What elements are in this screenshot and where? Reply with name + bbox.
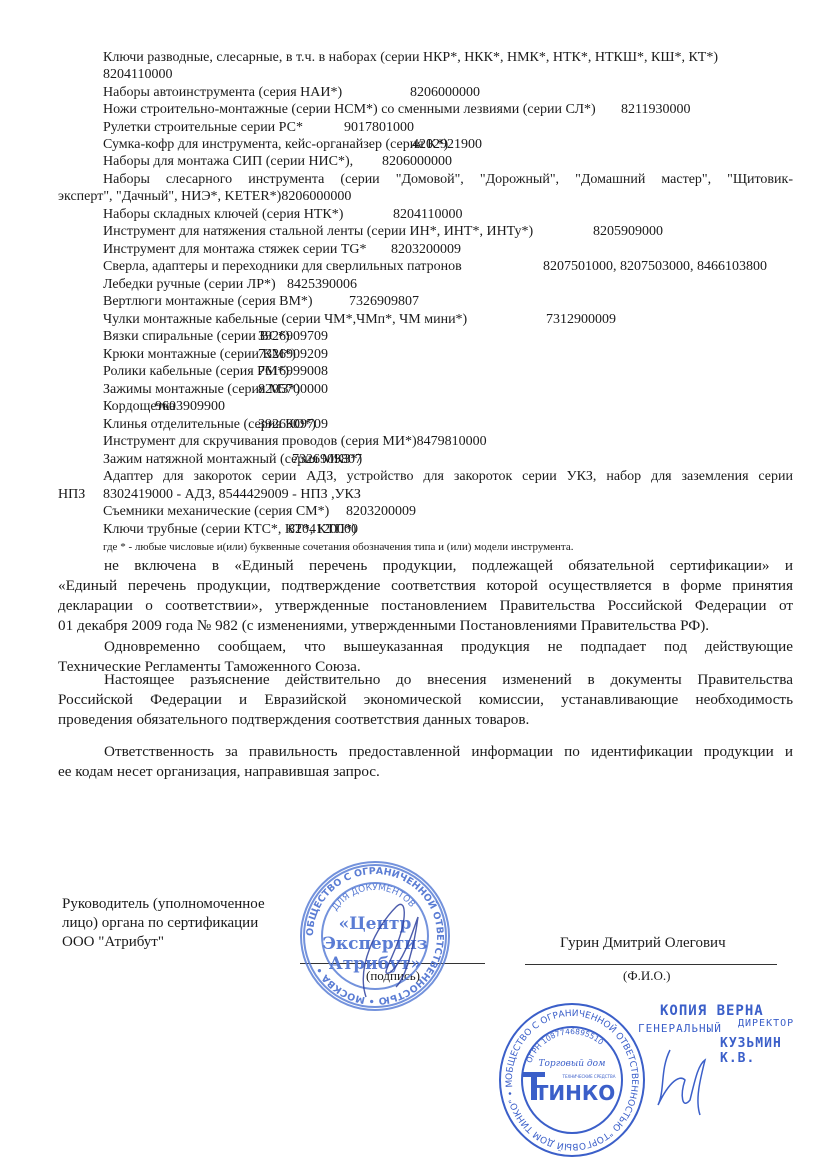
paragraph-validity-line-1: Настоящее разъяснение действительно до в… xyxy=(58,670,793,690)
paragraph-exemption-line-1: не включена в «Единый перечень продукции… xyxy=(58,556,793,576)
product-24-name: Съемники механические (серия СМ*) xyxy=(103,503,329,521)
product-2-code: 8206000000 xyxy=(410,84,480,102)
stamp-tinko-icon: ОБЩЕСТВО С ОГРАНИЧЕННОЙ ОТВЕТСТВЕННОСТЬЮ… xyxy=(497,1000,647,1160)
signatory-role: Руководитель (уполномоченное лицо) орган… xyxy=(62,895,265,952)
paragraph-exemption-line-2: «Единый перечень продукции, подтверждени… xyxy=(58,576,793,596)
product-13-name: Вертлюги монтажные (серия ВМ*) xyxy=(103,293,313,311)
paragraph-responsibility-line-1: Ответственность за правильность предоста… xyxy=(58,742,793,762)
product-10-name: Инструмент для монтажа стяжек серии TG* xyxy=(103,241,367,259)
product-21-name: Инструмент для скручивания проводов (сер… xyxy=(103,433,487,451)
product-1-code: 8204110000 xyxy=(103,66,172,84)
product-4-code: 9017801000 xyxy=(344,119,414,137)
product-3-name: Ножи строительно-монтажные (серии НСМ*) … xyxy=(103,101,596,119)
signatory-name: Гурин Дмитрий Олегович xyxy=(560,934,726,953)
copy-certified-name: КУЗЬМИН К.В. xyxy=(720,1036,823,1066)
product-23-name-line1: Адаптер для закороток серии АДЗ, устройс… xyxy=(103,468,793,486)
product-7-name-line1: Наборы слесарного инструмента (серии "До… xyxy=(103,171,793,189)
signatory-role-line-3: ООО "Атрибут" xyxy=(62,933,265,952)
paragraph-responsibility: Ответственность за правильность предоста… xyxy=(58,742,793,782)
paragraph-validity-line-2: Российской Федерации и Евразийской эконо… xyxy=(58,690,793,710)
product-2-name: Наборы автоинструмента (серия НАИ*) xyxy=(103,84,342,102)
product-18-code: 8205700000 xyxy=(258,381,328,399)
product-24-code: 8203200009 xyxy=(346,503,416,521)
svg-text:ТЕХНИЧЕСКИЕ СРЕДСТВА: ТЕХНИЧЕСКИЕ СРЕДСТВА xyxy=(562,1074,616,1079)
document-page: Ключи разводные, слесарные, в т.ч. в наб… xyxy=(0,0,823,1165)
product-23-code: 8302419000 - АДЗ, 8544429009 - НПЗ ,УКЗ xyxy=(103,486,361,504)
product-8-name: Наборы складных ключей (серия НТК*) xyxy=(103,206,343,224)
product-1-name: Ключи разводные, слесарные, в т.ч. в наб… xyxy=(103,49,718,67)
signatory-role-line-1: Руководитель (уполномоченное xyxy=(62,895,265,914)
product-21-code: 8479810000 xyxy=(417,434,487,449)
product-7-code: 8206000000 xyxy=(281,189,351,204)
product-4-name: Рулетки строительные серии РС* xyxy=(103,119,303,137)
product-11-name: Сверла, адаптеры и переходники для сверл… xyxy=(103,258,462,276)
product-14-name: Чулки монтажные кабельные (серии ЧМ*,ЧМп… xyxy=(103,311,467,329)
product-21-name-text: Инструмент для скручивания проводов (сер… xyxy=(103,434,417,449)
product-14-code: 7312900009 xyxy=(546,311,616,329)
signatory-role-line-2: лицо) органа по сертификации xyxy=(62,914,265,933)
svg-text:Торговый дом: Торговый дом xyxy=(539,1059,606,1069)
paragraph-tech-regulations-line-1: Одновременно сообщаем, что вышеуказанная… xyxy=(58,637,793,657)
paragraph-validity-line-3: проведения обязательного подтверждения с… xyxy=(58,710,793,730)
copy-certified-label: КОПИЯ ВЕРНА xyxy=(660,1003,764,1019)
svg-text:ТИНКО: ТИНКО xyxy=(535,1081,615,1105)
paragraph-exemption: не включена в «Единый перечень продукции… xyxy=(58,556,793,636)
product-25-code: 8204120000 xyxy=(288,521,358,539)
product-5-name: Сумка-кофр для инструмента, кейс-органай… xyxy=(103,136,448,154)
product-15-code: 3926909709 xyxy=(258,328,328,346)
product-7-name-line2: эксперт", "Дачный", НИЭ*, KETER*)8206000… xyxy=(58,188,351,206)
product-6-name: Наборы для монтажа СИП (серии НИС*), xyxy=(103,153,353,171)
product-7-name-line2-text: эксперт", "Дачный", НИЭ*, KETER*) xyxy=(58,189,281,204)
footnote: где * - любые числовые и(или) буквенные … xyxy=(103,540,573,554)
paragraph-exemption-line-3: декларации о соответствии», утвержденные… xyxy=(58,596,793,616)
product-12-name: Лебедки ручные (серии ЛР*) xyxy=(103,276,276,294)
copy-certified-title-right: ДИРЕКТОР xyxy=(738,1018,794,1029)
paragraph-exemption-line-4: 01 декабря 2009 года № 982 (с изменениям… xyxy=(58,616,793,636)
product-19-code: 9603909900 xyxy=(155,398,225,416)
signature-kuzmin-icon xyxy=(650,1040,720,1120)
product-13-code: 7326909807 xyxy=(349,293,419,311)
product-6-code: 8206000000 xyxy=(382,153,452,171)
name-line xyxy=(525,964,777,965)
product-8-code: 8204110000 xyxy=(393,206,462,224)
paragraph-validity: Настоящее разъяснение действительно до в… xyxy=(58,670,793,730)
svg-text:«Центр: «Центр xyxy=(339,914,412,934)
product-3-code: 8211930000 xyxy=(621,101,690,119)
product-23-prefix: НПЗ xyxy=(58,486,85,504)
copy-certified-title-left: ГЕНЕРАЛЬНЫЙ xyxy=(638,1022,722,1035)
product-22-code: 7326909807 xyxy=(292,451,362,469)
product-9-name: Инструмент для натяжения стальной ленты … xyxy=(103,223,533,241)
product-9-code: 8205909000 xyxy=(593,223,663,241)
product-12-code: 8425390006 xyxy=(287,276,357,294)
product-10-code: 8203200009 xyxy=(391,241,461,259)
name-caption: (Ф.И.О.) xyxy=(623,966,670,985)
product-20-code: 3926909709 xyxy=(258,416,328,434)
stamp-attribut-icon: ОБЩЕСТВО С ОГРАНИЧЕННОЙ ОТВЕТСТВЕННОСТЬЮ… xyxy=(296,857,454,1015)
product-11-code: 8207501000, 8207503000, 8466103800 xyxy=(543,258,767,276)
paragraph-responsibility-line-2: ее кодам несет организация, направившая … xyxy=(58,762,793,782)
product-17-code: 7616999008 xyxy=(258,363,328,381)
product-5-code: 4202921900 xyxy=(412,136,482,154)
product-16-code: 7326909209 xyxy=(258,346,328,364)
